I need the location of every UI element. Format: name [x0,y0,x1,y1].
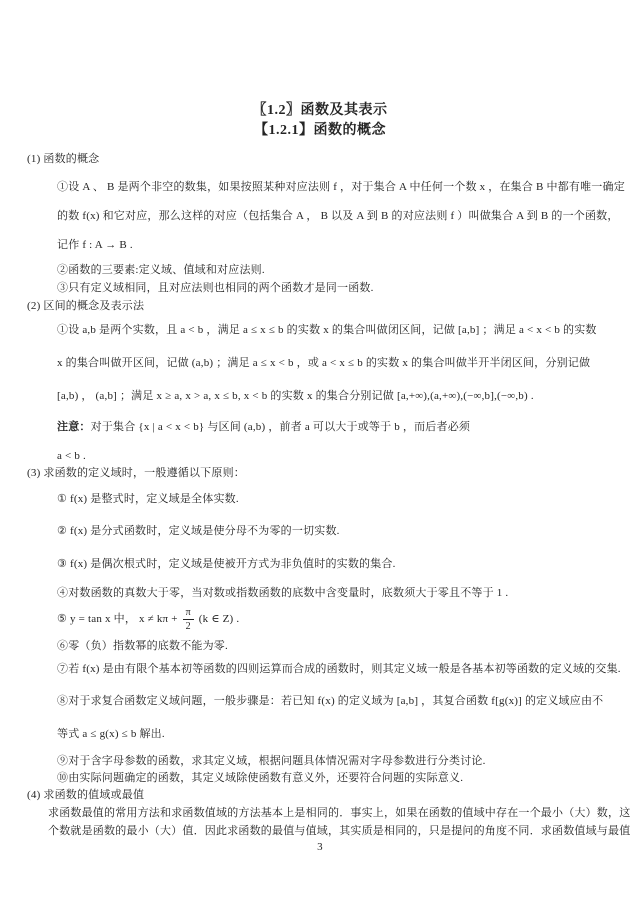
page-number: 3 [0,840,640,854]
note-text: 对于集合 {x | a < x < b} 与区间 (a,b) ，前者 a 可以大… [91,421,471,433]
section-4-heading: (4) 求函数的值域或最值 [27,788,144,802]
text-line: 记作 f : A → B . [57,238,133,252]
text-line: a < b . [57,449,86,463]
text-line: ⑩由实际问题确定的函数，其定义域除使函数有意义外，还要符合问题的实际意义. [57,771,463,785]
fraction: π2 [183,607,194,632]
section-2-heading: (2) 区间的概念及表示法 [27,299,144,313]
text-line: ③只有定义域相同，且对应法则也相同的两个函数才是同一函数. [57,281,374,295]
note-line: 注意：对于集合 {x | a < x < b} 与区间 (a,b) ，前者 a … [57,420,470,434]
text-line: ②函数的三要素:定义域、值域和对应法则. [57,263,265,277]
text-line: 个数就是函数的最小（大）值．因此求函数的最值与值域，其实质是相同的，只是提问的角… [48,824,630,838]
text-line: ⑨对于含字母参数的函数，求其定义域，根据问题具体情况需对字母参数进行分类讨论. [57,754,486,768]
page-subtitle: 【1.2.1】函数的概念 [0,124,640,138]
text-line: ⑧对于求复合函数定义域问题，一般步骤是：若已知 f(x) 的定义域为 [a,b]… [57,694,603,708]
tan-rule-line: ⑤ y = tan x 中， x ≠ kπ + π2 (k ∈ Z) . [57,607,239,632]
section-3-heading: (3) 求函数的定义域时，一般遵循以下原则： [27,466,245,480]
fraction-denominator: 2 [183,620,194,632]
fraction-numerator: π [183,607,194,620]
text-line: ①设 A 、 B 是两个非空的数集，如果按照某种对应法则 f ，对于集合 A 中… [57,180,625,194]
page-title: 〖1.2〗函数及其表示 [0,104,640,118]
text-line: ② f(x) 是分式函数时，定义域是使分母不为零的一切实数. [57,524,340,538]
text-line: ③ f(x) 是偶次根式时，定义域是使被开方式为非负值时的实数的集合. [57,557,396,571]
document-page: 〖1.2〗函数及其表示 【1.2.1】函数的概念 (1) 函数的概念 ①设 A … [0,0,640,905]
text-line: [a,b) ， (a,b] ；满足 x ≥ a, x > a, x ≤ b, x… [57,389,534,403]
tan-rule-prefix: ⑤ y = tan x 中， x ≠ kπ + [57,613,181,625]
text-line: ④对数函数的真数大于零，当对数或指数函数的底数中含变量时，底数须大于零且不等于 … [57,586,508,600]
text-line: ⑥零（负）指数幂的底数不能为零. [57,639,228,653]
text-line: ⑦若 f(x) 是由有限个基本初等函数的四则运算而合成的函数时，则其定义域一般是… [57,662,621,676]
text-line: x 的集合叫做开区间，记做 (a,b) ；满足 a ≤ x < b ，或 a <… [57,356,590,370]
text-line: 等式 a ≤ g(x) ≤ b 解出. [57,727,165,741]
text-line: 求函数最值的常用方法和求函数值域的方法基本上是相同的．事实上，如果在函数的值域中… [48,806,630,820]
text-line: ①设 a,b 是两个实数，且 a < b ，满足 a ≤ x ≤ b 的实数 x… [57,323,597,337]
text-line: ① f(x) 是整式时，定义域是全体实数. [57,492,239,506]
text-line: 的数 f(x) 和它对应，那么这样的对应（包括集合 A ， B 以及 A 到 B… [57,209,619,223]
note-label: 注意： [57,421,91,433]
section-1-heading: (1) 函数的概念 [27,152,99,166]
tan-rule-suffix: (k ∈ Z) . [196,613,239,625]
